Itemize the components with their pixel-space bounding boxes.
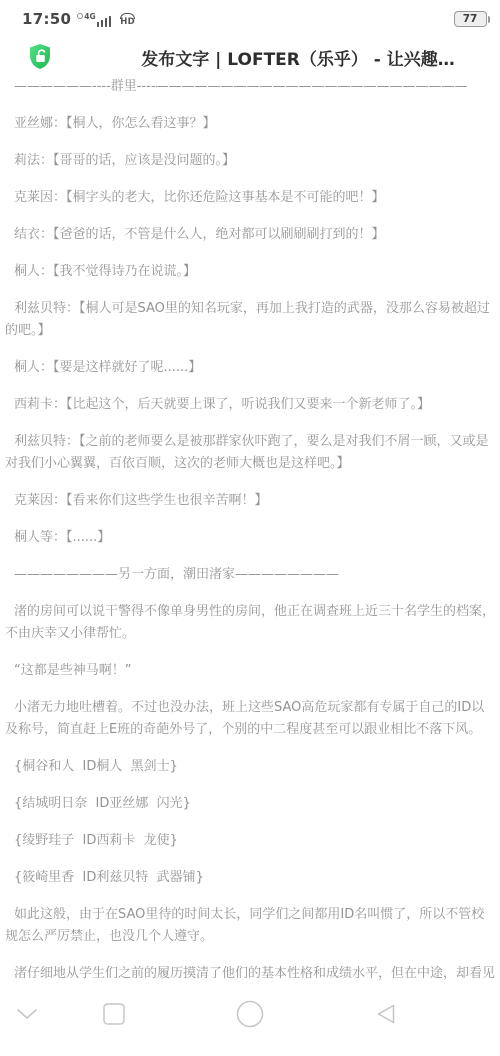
narration-line: 渚的房间可以说干警得不像单身男性的房间，他正在调查班上近三十名学生的档案，不由庆… [5,601,496,645]
home-button[interactable] [230,995,270,1035]
narration-line: 如此这般，由于在SAO里待的时间太长，同学们之间都用ID名叫惯了，所以不管校规怎… [5,904,496,948]
dialogue-line: 桐人：【我不觉得诗乃在说谎。】 [5,261,496,283]
status-bar-left: 17:50 4G HD [22,10,135,28]
navigation-bar [0,987,500,1056]
dialogue-line: 利兹贝特：【桐人可是SAO里的知名玩家，再加上我打造的武器，没那么容易被超过的吧… [5,298,496,342]
signal-bars-icon [97,15,112,27]
network-type-label: 4G [84,12,95,21]
page-title: 发布文字 | LOFTER（乐乎） - 让兴趣… [104,45,492,70]
roster-entry: {桐谷和人 ID桐人 黑剑士} [5,756,496,778]
triangle-left-icon [374,1002,398,1029]
article-body: ——————----群里----————————————————————————… [0,76,500,987]
circle-icon [236,1000,264,1031]
sim-dot-icon [77,13,83,19]
chevron-down-icon [16,1008,38,1023]
battery-nub [488,16,491,23]
scene-divider-group-chat: ——————----群里----———————————————————————— [5,76,496,98]
roster-entry: {筱崎里香 ID利兹贝特 武器铺} [5,867,496,889]
back-button[interactable] [366,995,406,1035]
dialogue-line: 桐人等：【......】 [5,527,496,549]
roster-entry: {结城明日奈 ID亚丝娜 闪光} [5,793,496,815]
status-bar-right: 77 [454,11,491,27]
dialogue-line: 利兹贝特：【之前的老师要么是被那群家伙吓跑了，要么是对我们不屑一顾，又或是对我们… [5,431,496,475]
quote-line: “这都是些神马啊！” [5,660,496,682]
scene-divider-nagisa-home: ————————另一方面，潮田渚家———————— [5,564,496,586]
volte-hd-label: HD [120,18,135,26]
dialogue-line: 克莱因：【桐字头的老大，比你还危险这事基本是不可能的吧！】 [5,187,496,209]
narration-line: 渚仔细地从学生们之前的履历摸清了他们的基本性格和成绩水平，但在中途，却看见了 [5,963,496,987]
battery-icon: 77 [454,11,487,27]
recents-button[interactable] [94,995,134,1035]
dialogue-line: 桐人：【要是这样就好了呢......】 [5,357,496,379]
roster-entry: {绫野珪子 ID西莉卡 龙使} [5,830,496,852]
battery-level: 77 [463,13,478,25]
dialogue-line: 结衣：【爸爸的话，不管是什么人，绝对都可以刷刷刷打到的！】 [5,224,496,246]
dialogue-line: 西莉卡：【比起这个，后天就要上课了，听说我们又要来一个新老师了。】 [5,394,496,416]
clock-time: 17:50 [22,10,71,28]
dialogue-line: 莉法：【哥哥的话，应该是没问题的。】 [5,150,496,172]
square-icon [102,1002,126,1029]
dialogue-line: 亚丝娜：【桐人，你怎么看这事？】 [5,113,496,135]
title-bar: 发布文字 | LOFTER（乐乎） - 让兴趣… [0,38,500,76]
hide-navbar-button[interactable] [7,995,47,1035]
site-safety-shield-icon[interactable] [28,43,52,70]
volte-hd-icon: HD [120,13,135,26]
narration-line: 小渚无力地吐槽着。不过也没办法，班上这些SAO高危玩家都有专属于自己的ID以及称… [5,697,496,741]
status-bar: 17:50 4G HD 77 [0,0,500,38]
dialogue-line: 克莱因：【看来你们这些学生也很辛苦啊！】 [5,490,496,512]
cellular-signal-icon: 4G [77,11,111,27]
